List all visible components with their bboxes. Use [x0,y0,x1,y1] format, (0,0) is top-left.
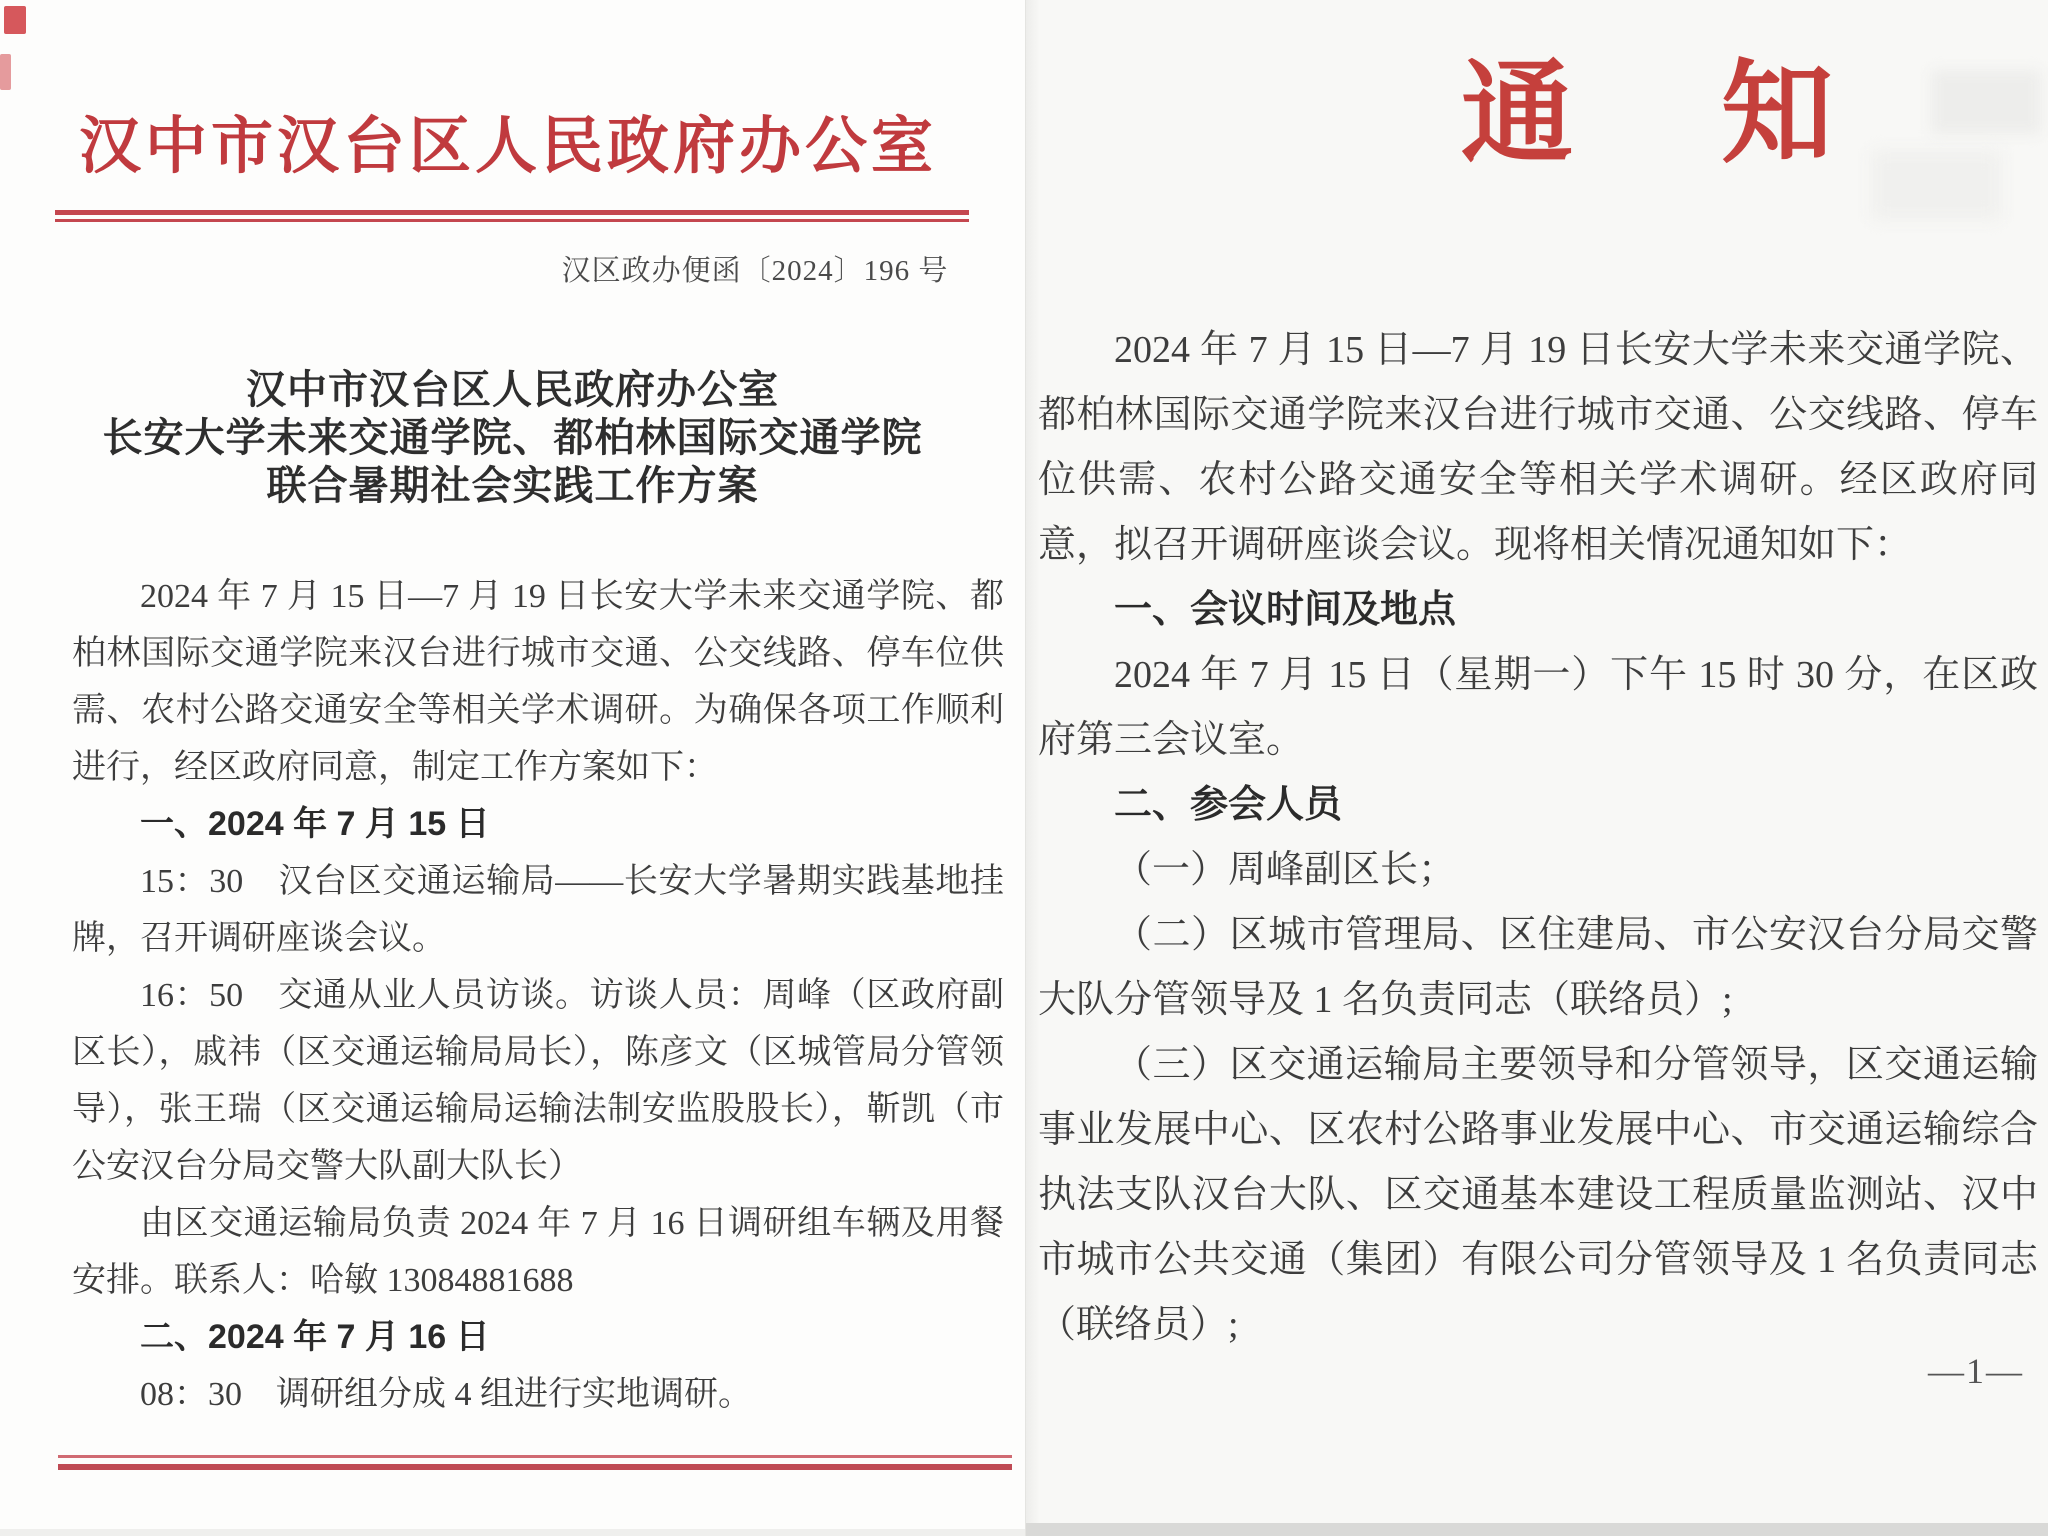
body-paragraph: 2024 年 7 月 15 日—7 月 19 日长安大学未来交通学院、都柏林国际… [72,568,1004,796]
document-title: 汉中市汉台区人民政府办公室 长安大学未来交通学院、都柏林国际交通学院 联合暑期社… [40,366,985,510]
notice-title: 通 知 [1206,24,2048,185]
letterhead-title: 汉中市汉台区人民政府办公室 [48,96,968,185]
page-number: —1— [1916,1350,2036,1392]
body-paragraph: 由区交通运输局负责 2024 年 7 月 16 日调研组车辆及用餐安排。联系人：… [72,1195,1004,1309]
section-heading: 二、2024 年 7 月 16 日 [72,1309,1004,1366]
section-heading: 一、会议时间及地点 [1038,578,2038,643]
left-page-body: 2024 年 7 月 15 日—7 月 19 日长安大学未来交通学院、都柏林国际… [72,568,1004,1423]
right-page-body: 2024 年 7 月 15 日—7 月 19 日长安大学未来交通学院、都柏林国际… [1038,318,2038,1358]
document-title-line: 联合暑期社会实践工作方案 [40,462,985,510]
red-scan-mark [0,54,11,90]
page-right-notice: 通 知 2024 年 7 月 15 日—7 月 19 日长安大学未来交通学院、都… [1025,0,2048,1536]
scan-bottom-edge [0,1529,1025,1536]
letterhead-double-rule [55,210,969,222]
section-heading: 二、参会人员 [1038,773,2038,838]
scan-bottom-edge [1026,1523,2048,1536]
footer-double-rule [58,1455,1012,1470]
red-scan-mark [4,6,26,34]
section-heading: 一、2024 年 7 月 15 日 [72,796,1004,853]
page-left-work-plan: 汉中市汉台区人民政府办公室 汉区政办便函〔2024〕196 号 汉中市汉台区人民… [0,0,1025,1536]
body-paragraph: 16：50 交通从业人员访谈。访谈人员：周峰（区政府副区长），戚祎（区交通运输局… [72,967,1004,1195]
body-paragraph: 15：30 汉台区交通运输局——长安大学暑期实践基地挂牌，召开调研座谈会议。 [72,853,1004,967]
document-title-line: 长安大学未来交通学院、都柏林国际交通学院 [40,414,985,462]
body-paragraph: （一）周峰副区长； [1038,838,2038,903]
body-paragraph: （二）区城市管理局、区住建局、市公安汉台分局交警大队分管领导及 1 名负责同志（… [1038,903,2038,1033]
body-paragraph: 2024 年 7 月 15 日—7 月 19 日长安大学未来交通学院、都柏林国际… [1038,318,2038,578]
body-paragraph: （三）区交通运输局主要领导和分管领导，区交通运输事业发展中心、区农村公路事业发展… [1038,1033,2038,1358]
body-paragraph: 2024 年 7 月 15 日（星期一）下午 15 时 30 分，在区政府第三会… [1038,643,2038,773]
document-title-line: 汉中市汉台区人民政府办公室 [40,366,985,414]
document-number: 汉区政办便函〔2024〕196 号 [540,248,970,289]
body-paragraph: 08：30 调研组分成 4 组进行实地调研。 [72,1366,1004,1423]
